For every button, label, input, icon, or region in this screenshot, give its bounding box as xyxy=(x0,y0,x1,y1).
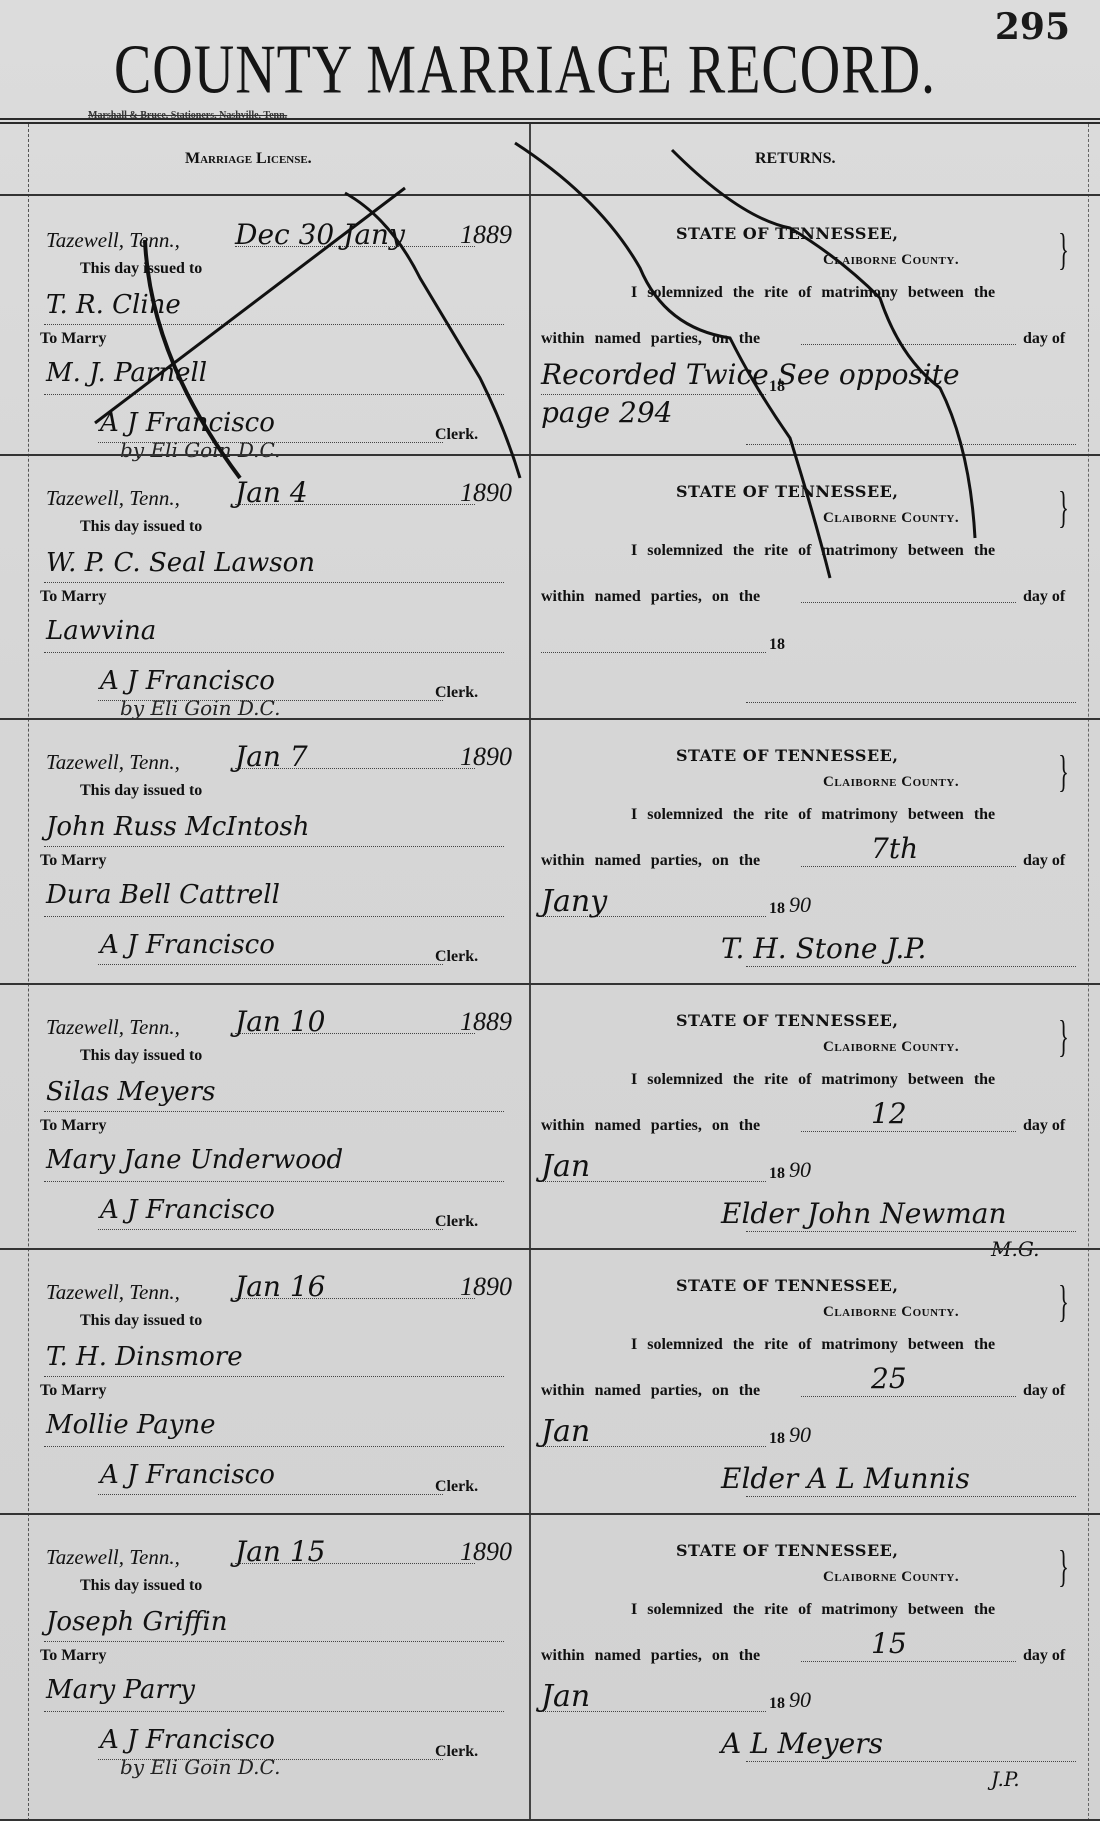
groom-line xyxy=(44,1641,504,1642)
place-label: Tazewell, Tenn., xyxy=(46,1280,180,1305)
returns-section: STATE OF TENNESSEE, Claiborne County. } … xyxy=(531,456,1088,720)
bride-name: Dura Bell Cattrell xyxy=(46,880,280,910)
brace-glyph: } xyxy=(1058,1276,1069,1327)
day-line xyxy=(801,1396,1016,1397)
bride-name: Mary Jane Underwood xyxy=(46,1145,343,1175)
groom-line xyxy=(44,846,504,847)
license-year: 1890 xyxy=(460,1537,512,1567)
license-date: Jan 15 xyxy=(235,1535,325,1568)
solemnized-text: I solemnized the rite of matrimony betwe… xyxy=(631,1071,1071,1089)
return-month: Jan xyxy=(541,1679,590,1714)
day-line xyxy=(801,866,1016,867)
return-year: 90 xyxy=(789,892,811,918)
license-section: Tazewell, Tenn., Jan 10 1889 This day is… xyxy=(30,985,528,1250)
license-date: Jan 10 xyxy=(235,1005,325,1038)
county-label: Claiborne County. xyxy=(823,1039,959,1056)
clerk-label: Clerk. xyxy=(435,684,478,702)
year-prefix: 18 xyxy=(769,900,785,918)
return-note-page: page 294 xyxy=(541,396,672,429)
year-prefix: 18 xyxy=(769,1695,785,1713)
day-of-label: day of xyxy=(1023,1382,1065,1400)
county-label: Claiborne County. xyxy=(823,774,959,791)
bride-name: Lawvina xyxy=(46,616,156,646)
marriage-record: Tazewell, Tenn., Dec 30 Jany 1889 This d… xyxy=(0,198,1100,456)
returns-section: STATE OF TENNESSEE, Claiborne County. } … xyxy=(531,1250,1088,1515)
state-label: STATE OF TENNESSEE, xyxy=(676,482,898,501)
issued-to-label: This day issued to xyxy=(80,1312,202,1330)
deputy-signature: by Eli Goin D.C. xyxy=(120,696,281,720)
officiant-line xyxy=(746,702,1076,703)
groom-name: Joseph Griffin xyxy=(46,1607,227,1637)
issued-to-label: This day issued to xyxy=(80,260,202,278)
solemnized-text: I solemnized the rite of matrimony betwe… xyxy=(631,806,1071,824)
groom-line xyxy=(44,324,504,325)
groom-name: Silas Meyers xyxy=(46,1077,215,1107)
groom-name: John Russ McIntosh xyxy=(46,812,310,842)
return-month: Jan xyxy=(541,1149,590,1184)
day-of-label: day of xyxy=(1023,588,1065,606)
officiant-line xyxy=(746,444,1076,445)
year-prefix: 18 xyxy=(769,1165,785,1183)
returns-section: STATE OF TENNESSEE, Claiborne County. } … xyxy=(531,198,1088,456)
return-day: 7th xyxy=(871,832,918,865)
place-label: Tazewell, Tenn., xyxy=(46,1545,180,1570)
solemnized-text: I solemnized the rite of matrimony betwe… xyxy=(631,542,1071,560)
clerk-label: Clerk. xyxy=(435,948,478,966)
license-year: 1889 xyxy=(460,1007,512,1037)
bride-line xyxy=(44,394,504,395)
clerk-signature: A J Francisco xyxy=(100,408,275,438)
day-line xyxy=(801,1131,1016,1132)
clerk-label: Clerk. xyxy=(435,426,478,444)
groom-line xyxy=(44,1111,504,1112)
officiant-signature: Elder A L Munnis xyxy=(721,1462,970,1495)
bride-name: Mary Parry xyxy=(46,1675,195,1705)
within-parties-text: within named parties, on the xyxy=(541,1117,760,1135)
deputy-signature: by Eli Goin D.C. xyxy=(120,1755,281,1779)
to-marry-label: To Marry xyxy=(40,1382,107,1400)
return-day: 12 xyxy=(871,1097,907,1130)
day-line xyxy=(801,602,1016,603)
clerk-label: Clerk. xyxy=(435,1213,478,1231)
marriage-record: Tazewell, Tenn., Jan 16 1890 This day is… xyxy=(0,1250,1100,1515)
groom-name: T. R. Cline xyxy=(46,290,181,320)
brace-glyph: } xyxy=(1058,482,1069,533)
brace-glyph: } xyxy=(1058,1541,1069,1592)
license-date: Jan 7 xyxy=(235,740,308,773)
header-rule xyxy=(0,118,1100,124)
year-prefix: 18 xyxy=(769,636,785,654)
place-label: Tazewell, Tenn., xyxy=(46,228,180,253)
return-month: Jan xyxy=(541,1414,590,1449)
to-marry-label: To Marry xyxy=(40,852,107,870)
license-year: 1890 xyxy=(460,742,512,772)
officiant-title: J.P. xyxy=(991,1767,1020,1791)
day-of-label: day of xyxy=(1023,330,1065,348)
day-line xyxy=(801,1661,1016,1662)
return-year: 90 xyxy=(789,1422,811,1448)
bride-line xyxy=(44,1181,504,1182)
issued-to-label: This day issued to xyxy=(80,518,202,536)
clerk-signature: A J Francisco xyxy=(100,1725,275,1755)
license-section: Tazewell, Tenn., Jan 7 1890 This day iss… xyxy=(30,720,528,985)
returns-header: RETURNS. xyxy=(755,150,835,168)
issued-to-label: This day issued to xyxy=(80,1577,202,1595)
return-day: 15 xyxy=(871,1627,907,1660)
place-label: Tazewell, Tenn., xyxy=(46,1015,180,1040)
license-year: 1890 xyxy=(460,478,512,508)
returns-section: STATE OF TENNESSEE, Claiborne County. } … xyxy=(531,720,1088,985)
marriage-license-header: Marriage License. xyxy=(185,150,312,168)
clerk-line xyxy=(98,964,443,965)
groom-line xyxy=(44,1376,504,1377)
within-parties-text: within named parties, on the xyxy=(541,1382,760,1400)
to-marry-label: To Marry xyxy=(40,1647,107,1665)
page-title: COUNTY MARRIAGE RECORD. xyxy=(0,30,1050,110)
county-label: Claiborne County. xyxy=(823,1304,959,1321)
state-label: STATE OF TENNESSEE, xyxy=(676,1276,898,1295)
clerk-signature: A J Francisco xyxy=(100,1460,275,1490)
marriage-record: Tazewell, Tenn., Jan 15 1890 This day is… xyxy=(0,1515,1100,1821)
month-line xyxy=(541,652,766,653)
to-marry-label: To Marry xyxy=(40,330,107,348)
bride-name: M. J. Parnell xyxy=(46,358,207,388)
year-prefix: 18 xyxy=(769,1430,785,1448)
issued-to-label: This day issued to xyxy=(80,782,202,800)
solemnized-text: I solemnized the rite of matrimony betwe… xyxy=(631,1336,1071,1354)
within-parties-text: within named parties, on the xyxy=(541,852,760,870)
day-of-label: day of xyxy=(1023,852,1065,870)
clerk-line xyxy=(98,1229,443,1230)
return-day: 25 xyxy=(871,1362,907,1395)
bride-line xyxy=(44,652,504,653)
place-label: Tazewell, Tenn., xyxy=(46,750,180,775)
officiant-signature: T. H. Stone J.P. xyxy=(721,932,926,965)
state-label: STATE OF TENNESSEE, xyxy=(676,1541,898,1560)
officiant-line xyxy=(746,966,1076,967)
clerk-signature: A J Francisco xyxy=(100,1195,275,1225)
officiant-line xyxy=(746,1761,1076,1762)
within-parties-text: within named parties, on the xyxy=(541,330,760,348)
place-label: Tazewell, Tenn., xyxy=(46,486,180,511)
return-month: Jany xyxy=(541,884,607,919)
clerk-signature: A J Francisco xyxy=(100,930,275,960)
ledger-page: 295 COUNTY MARRIAGE RECORD. Marshall & B… xyxy=(0,0,1100,1821)
license-year: 1889 xyxy=(460,220,512,250)
bride-line xyxy=(44,1711,504,1712)
return-year: 90 xyxy=(789,1687,811,1713)
brace-glyph: } xyxy=(1058,224,1069,275)
day-of-label: day of xyxy=(1023,1117,1065,1135)
license-section: Tazewell, Tenn., Jan 16 1890 This day is… xyxy=(30,1250,528,1515)
marriage-record: Tazewell, Tenn., Jan 7 1890 This day iss… xyxy=(0,720,1100,985)
solemnized-text: I solemnized the rite of matrimony betwe… xyxy=(631,284,1071,302)
license-section: Tazewell, Tenn., Dec 30 Jany 1889 This d… xyxy=(30,198,528,456)
license-date: Dec 30 Jany xyxy=(235,218,405,251)
officiant-line xyxy=(746,1231,1076,1232)
brace-glyph: } xyxy=(1058,746,1069,797)
license-section: Tazewell, Tenn., Jan 4 1890 This day iss… xyxy=(30,456,528,720)
county-label: Claiborne County. xyxy=(823,1569,959,1586)
return-year: 90 xyxy=(789,1157,811,1183)
clerk-line xyxy=(98,1494,443,1495)
day-line xyxy=(801,344,1016,345)
bride-line xyxy=(44,1446,504,1447)
solemnized-text: I solemnized the rite of matrimony betwe… xyxy=(631,1601,1071,1619)
day-of-label: day of xyxy=(1023,1647,1065,1665)
county-label: Claiborne County. xyxy=(823,510,959,527)
clerk-label: Clerk. xyxy=(435,1743,478,1761)
license-section: Tazewell, Tenn., Jan 15 1890 This day is… xyxy=(30,1515,528,1821)
state-label: STATE OF TENNESSEE, xyxy=(676,746,898,765)
officiant-line xyxy=(746,1496,1076,1497)
clerk-signature: A J Francisco xyxy=(100,666,275,696)
brace-glyph: } xyxy=(1058,1011,1069,1062)
license-date: Jan 16 xyxy=(235,1270,325,1303)
clerk-label: Clerk. xyxy=(435,1478,478,1496)
county-label: Claiborne County. xyxy=(823,252,959,269)
officiant-signature: Elder John Newman xyxy=(721,1197,1007,1230)
marriage-record: Tazewell, Tenn., Jan 10 1889 This day is… xyxy=(0,985,1100,1250)
returns-section: STATE OF TENNESSEE, Claiborne County. } … xyxy=(531,985,1088,1250)
groom-name: W. P. C. Seal Lawson xyxy=(46,548,315,578)
issued-to-label: This day issued to xyxy=(80,1047,202,1065)
license-date: Jan 4 xyxy=(235,476,308,509)
to-marry-label: To Marry xyxy=(40,588,107,606)
state-label: STATE OF TENNESSEE, xyxy=(676,224,898,243)
state-label: STATE OF TENNESSEE, xyxy=(676,1011,898,1030)
return-note: Recorded Twice See opposite xyxy=(541,358,960,391)
month-line xyxy=(541,394,766,395)
groom-name: T. H. Dinsmore xyxy=(46,1342,243,1372)
within-parties-text: within named parties, on the xyxy=(541,588,760,606)
officiant-signature: A L Meyers xyxy=(721,1727,883,1760)
within-parties-text: within named parties, on the xyxy=(541,1647,760,1665)
groom-line xyxy=(44,582,504,583)
bride-line xyxy=(44,916,504,917)
to-marry-label: To Marry xyxy=(40,1117,107,1135)
returns-section: STATE OF TENNESSEE, Claiborne County. } … xyxy=(531,1515,1088,1821)
license-year: 1890 xyxy=(460,1272,512,1302)
marriage-record: Tazewell, Tenn., Jan 4 1890 This day iss… xyxy=(0,456,1100,720)
bride-name: Mollie Payne xyxy=(46,1410,216,1440)
